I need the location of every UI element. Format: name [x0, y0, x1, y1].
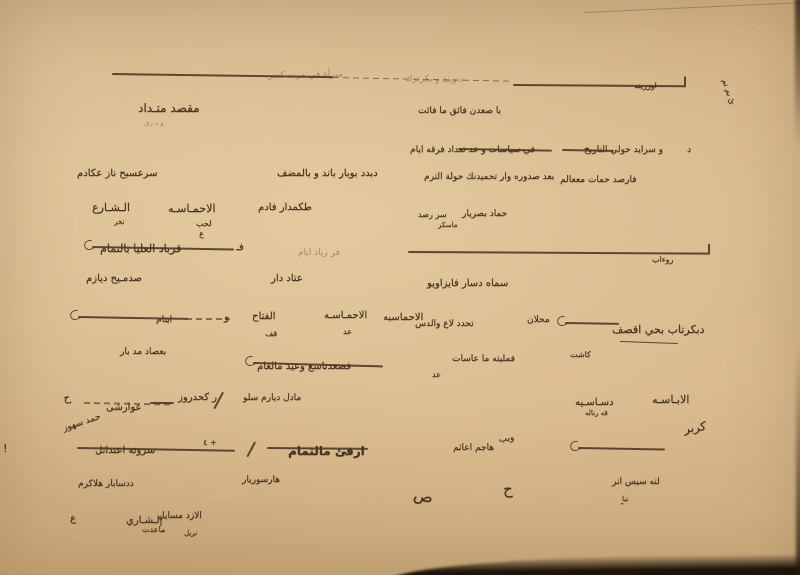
ink-rule — [565, 322, 619, 325]
handwritten-text: فمليته ما عاسات — [452, 355, 515, 364]
margin-note-vertical: ئ بم نم — [720, 78, 736, 106]
handwritten-text: ر كحدروز — [178, 393, 217, 403]
handwritten-text: ماعدت — [142, 526, 165, 534]
handwritten-text: بعد صدوره وار تحميدنك حولة الترم — [424, 173, 554, 182]
ink-rule — [186, 318, 230, 320]
handwritten-text: عوارشى — [106, 403, 141, 413]
slash-mark — [246, 441, 255, 457]
manuscript-page: مبرأة في مرت كدبرد ويند و بكرتركاوزرينهئ… — [0, 0, 800, 575]
handwritten-text: تخر — [114, 219, 124, 226]
ink-rule — [578, 447, 665, 450]
handwritten-text: + ٤ — [203, 439, 217, 447]
handwritten-text: سماه دسار فايزاويو — [427, 279, 508, 289]
ink-rule — [150, 402, 174, 404]
handwritten-text: ماسكر — [438, 222, 457, 229]
handwritten-text: سر رصد — [418, 211, 447, 219]
handwritten-text: طكمدار فادم — [258, 203, 312, 213]
handwritten-text: دبكرتاب بحي اقصف — [612, 324, 704, 335]
handwritten-text: ح — [62, 392, 71, 404]
handwritten-text: لحب — [196, 220, 211, 228]
handwritten-text: هارسوريار — [242, 476, 280, 485]
handwritten-text: هاجم اعاثم — [453, 444, 494, 453]
handwritten-text: محلان — [527, 316, 550, 325]
handwritten-text: سرعسبح ناز عكادم — [77, 169, 157, 179]
handwritten-text: ع — [70, 514, 76, 524]
ink-rule — [620, 341, 678, 344]
handwritten-text: روءاب — [652, 256, 673, 264]
handwritten-text: نريل — [184, 530, 197, 537]
handwritten-text: با صعدن فائق ما فائت — [418, 107, 501, 116]
signature-curl: ح — [503, 482, 513, 497]
handwritten-text: ! — [3, 443, 8, 454]
handwritten-text: قه رناله — [585, 410, 608, 417]
handwritten-text: فر زياد ايام — [298, 249, 340, 258]
handwritten-text: الفتاح — [252, 312, 275, 322]
handwritten-text: د — [687, 146, 691, 155]
handwritten-text: مادل ديارم سلو — [243, 394, 301, 403]
handwritten-text: فارصد حمات مععالم — [560, 176, 636, 185]
handwritten-text: الاحمـاسـه — [324, 311, 367, 321]
handwritten-text: بعصاد مد بار — [120, 348, 166, 357]
handwritten-text: · — [752, 24, 756, 34]
handwritten-text: قف — [265, 330, 277, 338]
handwritten-text: وبب — [498, 434, 515, 445]
handwritten-text: فـ — [236, 243, 244, 253]
handwritten-text: حمد سهوز — [62, 413, 102, 434]
handwritten-text: صدمـيح ديازم — [86, 274, 142, 284]
handwritten-text: كربر — [683, 420, 707, 435]
handwritten-text: و د ري — [144, 120, 164, 127]
handwritten-text: مقصد متـداد — [138, 102, 200, 114]
ink-layer: مبرأة في مرت كدبرد ويند و بكرتركاوزرينهئ… — [0, 0, 800, 575]
handwritten-text: عد — [343, 328, 352, 336]
handwritten-text: حماد بصريار — [462, 210, 507, 219]
handwritten-text: تحدد لاع والدس — [415, 320, 474, 329]
page-crease — [583, 2, 800, 13]
handwritten-text: كاشت — [570, 351, 591, 359]
handwritten-text: ددسابار هلاكرم — [78, 480, 134, 489]
handwritten-text: دسـاسـيه — [575, 398, 614, 408]
handwritten-text: الازد مسايل — [158, 512, 202, 521]
handwritten-text: الاحمـاسـه — [168, 203, 215, 214]
handwritten-text: الـشـارع — [92, 202, 130, 213]
handwritten-text: ع — [199, 230, 204, 238]
handwritten-text: و — [224, 311, 229, 322]
signature-curl: ص — [412, 486, 435, 506]
handwritten-text: الابـاسـه — [652, 394, 689, 405]
handwritten-text: عتاد دار — [271, 274, 303, 284]
ink-rule — [513, 84, 686, 87]
handwritten-text: ـ — [621, 498, 623, 506]
handwritten-text: دبدد بوبار باند و بالمضف — [277, 169, 378, 179]
ink-rule — [408, 251, 710, 254]
handwritten-text: عد — [432, 371, 441, 379]
handwritten-text: لته سيس انر — [612, 478, 660, 487]
